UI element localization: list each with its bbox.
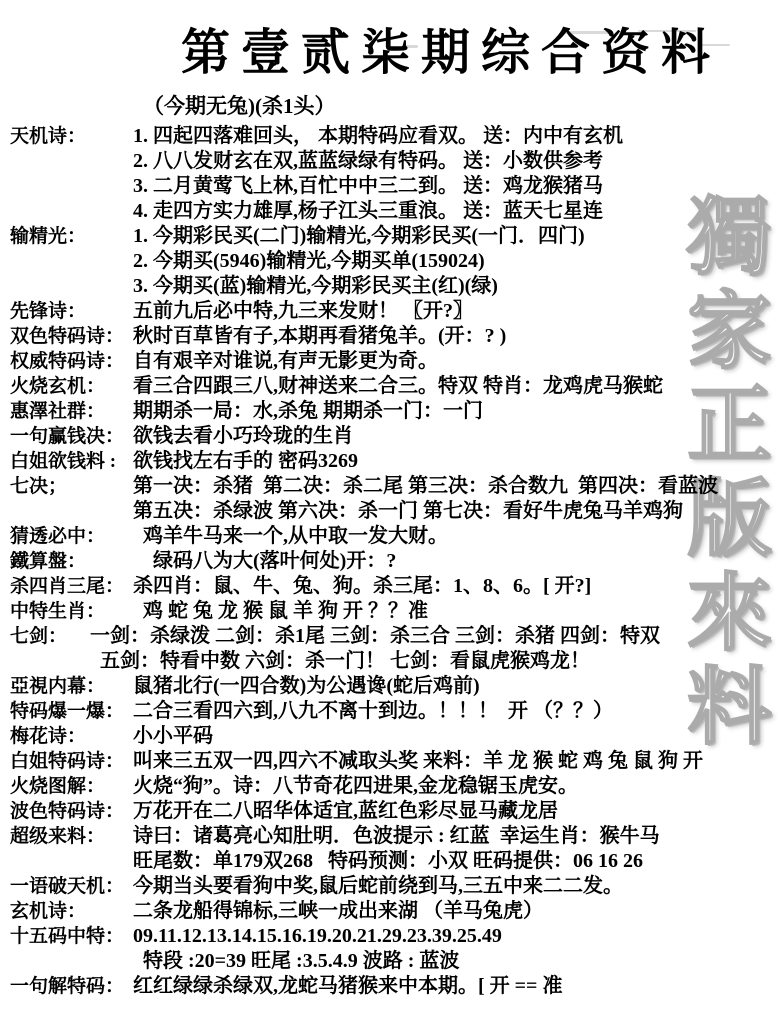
info-row-sha-sixiao-sanwei: 杀四肖三尾： 杀四肖：鼠、牛、兔、狗。杀三尾：1、8、6。[ 开?]	[0, 574, 778, 599]
info-row-baijie-yuqianliao: 白姐欲钱料 : 欲钱找左右手的 密码3269	[0, 449, 778, 474]
info-row-xianfengshi: 先锋诗： 五前九后必中特,九三来发财！ 〖开?〗	[0, 299, 778, 324]
info-row-huoshao-xuanji: 火烧玄机： 看三合四跟三八,财神送来二合三。特双 特肖：龙鸡虎马猴蛇	[0, 374, 778, 399]
info-row-baijie-temashi: 白姐特码诗： 叫来三五双一四,四六不减取头奖 来料：羊 龙 猴 蛇 鸡 兔 鼠 …	[0, 749, 778, 774]
info-row-yiju-jietema: 一句解特码： 红红绿绿杀绿双,龙蛇马猪猴来中本期。[ 开 == 准	[0, 974, 778, 999]
row-line: 鸡 蛇 兔 龙 猴 鼠 羊 狗 开 ？？准	[133, 599, 778, 624]
row-content: 秋时百草皆有子,本期再看猪兔羊。(开：? )	[133, 324, 778, 349]
row-line: 3. 今期买(蓝)输精光,今期彩民买主(红)(绿)	[133, 274, 778, 299]
row-content: 欲钱找左右手的 密码3269	[133, 449, 778, 474]
row-label: 亞視内幕：	[0, 674, 133, 699]
row-line: 自有艰辛对谁说,有声无影更为奇。	[133, 349, 778, 374]
row-label: 先锋诗：	[0, 299, 133, 324]
info-row-quanwei-temashi: 权威特码诗： 自有艰辛对谁说,有声无影更为奇。	[0, 349, 778, 374]
row-label: 杀四肖三尾：	[0, 574, 133, 599]
row-line: 看三合四跟三八,财神送来二合三。特双 特肖：龙鸡虎马猴蛇	[133, 374, 778, 399]
row-label: 天机诗：	[0, 124, 133, 149]
row-line: 二条龙船得锦标,三峡一成出来湖 （羊马兔虎）	[133, 899, 778, 924]
row-label: 七剑：	[0, 624, 90, 649]
row-label: 特码爆一爆：	[0, 699, 133, 724]
document-page: 獨家正版來料 第壹贰柒期综合资料 （今期无兔)(杀1头） 天机诗： 1. 四起四…	[0, 0, 778, 1024]
row-content: 欲钱去看小巧玲珑的生肖	[133, 424, 778, 449]
row-label: 中特生肖：	[0, 599, 133, 624]
row-content: 一剑：杀绿泼 二剑：杀1尾 三剑：杀三合 三剑：杀猪 四剑：特双 五剑：特看中数…	[90, 624, 778, 674]
row-label: 白姐欲钱料 :	[0, 449, 133, 474]
row-content: 鼠猪北行(一四合数)为公遇谗(蛇后鸡前)	[133, 674, 778, 699]
row-content: 红红绿绿杀绿双,龙蛇马猪猴来中本期。[ 开 == 准	[133, 974, 778, 999]
row-line: 1. 四起四落难回头， 本期特码应看双。 送：内中有玄机	[133, 124, 778, 149]
row-label: 白姐特码诗：	[0, 749, 133, 774]
info-row-qijian: 七剑： 一剑：杀绿泼 二剑：杀1尾 三剑：杀三合 三剑：杀猪 四剑：特双 五剑：…	[0, 624, 778, 674]
info-row-tema-baoyibao: 特码爆一爆： 二合三看四六到,八九不离十到边。！！！ 开 （？？）	[0, 699, 778, 724]
row-line: 杀四肖：鼠、牛、兔、狗。杀三尾：1、8、6。[ 开?]	[133, 574, 778, 599]
page-title: 第壹贰柒期综合资料	[181, 26, 778, 81]
row-label: 超级来料：	[0, 824, 133, 849]
row-label: 一语破天机：	[0, 874, 133, 899]
row-content: 绿码八为大(落叶何处)开：?	[133, 549, 778, 574]
row-content: 诗曰：诸葛亮心知肚明．色波提示 : 红蓝 幸运生肖：猴牛马 旺尾数：单179双2…	[133, 824, 778, 874]
info-row-shujingguang: 输精光： 1. 今期彩民买(二门)输精光,今期彩民买(一门．四门) 2. 今期买…	[0, 224, 778, 299]
row-line: 五前九后必中特,九三来发财！ 〖开?〗	[133, 299, 778, 324]
info-row-shuangse-temashi: 双色特码诗： 秋时百草皆有子,本期再看猪兔羊。(开：? )	[0, 324, 778, 349]
row-content: 1. 今期彩民买(二门)输精光,今期彩民买(一门．四门) 2. 今期买(5946…	[133, 224, 778, 299]
row-content: 杀四肖：鼠、牛、兔、狗。杀三尾：1、8、6。[ 开?]	[133, 574, 778, 599]
row-label: 火烧玄机：	[0, 374, 133, 399]
row-content: 看三合四跟三八,财神送来二合三。特双 特肖：龙鸡虎马猴蛇	[133, 374, 778, 399]
page-subtitle: （今期无兔)(杀1头）	[143, 90, 778, 120]
row-content: 火烧“狗”。诗：八节奇花四进果,金龙稳锯玉虎安。	[133, 774, 778, 799]
row-content: 1. 四起四落难回头， 本期特码应看双。 送：内中有玄机 2. 八八发财玄在双,…	[133, 124, 778, 224]
row-content: 万花开在二八昭华体适宜,蓝红色彩尽显马藏龙居	[133, 799, 778, 824]
row-content: 09.11.12.13.14.15.16.19.20.21.29.23.39.2…	[133, 924, 778, 974]
row-line: 小小平码	[133, 724, 778, 749]
row-line: 诗曰：诸葛亮心知肚明．色波提示 : 红蓝 幸运生肖：猴牛马	[133, 824, 778, 849]
info-row-huoshao-tujie: 火烧图解： 火烧“狗”。诗：八节奇花四进果,金龙稳锯玉虎安。	[0, 774, 778, 799]
info-row-yiyu-potianji: 一语破天机： 今期当头要看狗中奖,鼠后蛇前绕到马,三五中来二二发。	[0, 874, 778, 899]
row-label: 火烧图解：	[0, 774, 133, 799]
info-row-zhongte-shengxiao: 中特生肖： 鸡 蛇 兔 龙 猴 鼠 羊 狗 开 ？？准	[0, 599, 778, 624]
row-line: 欲钱找左右手的 密码3269	[133, 449, 778, 474]
row-content: 鸡羊牛马来一个,从中取一发大财。	[133, 524, 778, 549]
row-label: 七决；	[0, 474, 133, 499]
row-line: 期期杀一局：水,杀兔 期期杀一门：一门	[133, 399, 778, 424]
row-line: 第一决：杀猪 第二决：杀二尾 第三决：杀合数九 第四决：看蓝波	[133, 474, 778, 499]
info-row-yiju-yingqianjue: 一句赢钱决： 欲钱去看小巧玲珑的生肖	[0, 424, 778, 449]
row-line: 五剑：特看中数 六剑：杀一门！ 七剑：看鼠虎猴鸡龙！	[90, 649, 778, 674]
row-line: 2. 八八发财玄在双,蓝蓝绿绿有特码。 送：小数供参考	[133, 149, 778, 174]
info-row-tiesuanpan: 鐵算盤： 绿码八为大(落叶何处)开：?	[0, 549, 778, 574]
info-row-chaoji-lailiao: 超级来料： 诗曰：诸葛亮心知肚明．色波提示 : 红蓝 幸运生肖：猴牛马 旺尾数：…	[0, 824, 778, 874]
row-line: 2. 今期买(5946)输精光,今期买单(159024)	[133, 249, 778, 274]
row-line: 特段 :20=39 旺尾 :3.5.4.9 波路 : 蓝波	[133, 949, 778, 974]
row-content: 小小平码	[133, 724, 778, 749]
row-content: 二合三看四六到,八九不离十到边。！！！ 开 （？？）	[133, 699, 778, 724]
row-label: 梅花诗：	[0, 724, 133, 749]
row-line: 第五决：杀绿波 第六决：杀一门 第七决：看好牛虎兔马羊鸡狗	[133, 499, 778, 524]
row-line: 3. 二月黄莺飞上林,百忙中中三二到。 送：鸡龙猴猪马	[133, 174, 778, 199]
row-label: 猜透必中：	[0, 524, 133, 549]
row-label: 玄机诗：	[0, 899, 133, 924]
row-content: 二条龙船得锦标,三峡一成出来湖 （羊马兔虎）	[133, 899, 778, 924]
row-label: 惠澤社群：	[0, 399, 133, 424]
row-content: 叫来三五双一四,四六不减取头奖 来料：羊 龙 猴 蛇 鸡 兔 鼠 狗 开	[133, 749, 778, 774]
row-content: 鸡 蛇 兔 龙 猴 鼠 羊 狗 开 ？？准	[133, 599, 778, 624]
row-line: 一剑：杀绿泼 二剑：杀1尾 三剑：杀三合 三剑：杀猪 四剑：特双	[90, 624, 778, 649]
row-content: 五前九后必中特,九三来发财！ 〖开?〗	[133, 299, 778, 324]
row-label: 双色特码诗：	[0, 324, 133, 349]
row-line: 4. 走四方实力雄厚,杨子江头三重浪。 送：蓝天七星连	[133, 199, 778, 224]
row-content: 今期当头要看狗中奖,鼠后蛇前绕到马,三五中来二二发。	[133, 874, 778, 899]
row-label: 输精光：	[0, 224, 133, 249]
row-label: 一句解特码：	[0, 974, 133, 999]
row-line: 火烧“狗”。诗：八节奇花四进果,金龙稳锯玉虎安。	[133, 774, 778, 799]
info-row-bose-temashi: 波色特码诗： 万花开在二八昭华体适宜,蓝红色彩尽显马藏龙居	[0, 799, 778, 824]
row-line: 绿码八为大(落叶何处)开：?	[133, 549, 778, 574]
row-line: 欲钱去看小巧玲珑的生肖	[133, 424, 778, 449]
row-line: 09.11.12.13.14.15.16.19.20.21.29.23.39.2…	[133, 924, 778, 949]
row-line: 叫来三五双一四,四六不减取头奖 来料：羊 龙 猴 蛇 鸡 兔 鼠 狗 开	[133, 749, 778, 774]
row-line: 红红绿绿杀绿双,龙蛇马猪猴来中本期。[ 开 == 准	[133, 974, 778, 999]
info-row-huize-shequn: 惠澤社群： 期期杀一局：水,杀兔 期期杀一门：一门	[0, 399, 778, 424]
row-label: 波色特码诗：	[0, 799, 133, 824]
info-row-meihuashi: 梅花诗： 小小平码	[0, 724, 778, 749]
row-line: 二合三看四六到,八九不离十到边。！！！ 开 （？？）	[133, 699, 778, 724]
info-row-xuanjishi: 玄机诗： 二条龙船得锦标,三峡一成出来湖 （羊马兔虎）	[0, 899, 778, 924]
row-content: 自有艰辛对谁说,有声无影更为奇。	[133, 349, 778, 374]
info-row-caitou-bizhong: 猜透必中： 鸡羊牛马来一个,从中取一发大财。	[0, 524, 778, 549]
row-content: 期期杀一局：水,杀兔 期期杀一门：一门	[133, 399, 778, 424]
row-line: 旺尾数：单179双268 特码预测：小双 旺码提供：06 16 26	[133, 849, 778, 874]
row-label: 一句赢钱决：	[0, 424, 133, 449]
row-label: 权威特码诗：	[0, 349, 133, 374]
info-row-qijue: 七决； 第一决：杀猪 第二决：杀二尾 第三决：杀合数九 第四决：看蓝波 第五决：…	[0, 474, 778, 524]
row-content: 第一决：杀猪 第二决：杀二尾 第三决：杀合数九 第四决：看蓝波 第五决：杀绿波 …	[133, 474, 778, 524]
info-row-shiwuma-zhongte: 十五码中特： 09.11.12.13.14.15.16.19.20.21.29.…	[0, 924, 778, 974]
row-line: 鼠猪北行(一四合数)为公遇谗(蛇后鸡前)	[133, 674, 778, 699]
row-line: 秋时百草皆有子,本期再看猪兔羊。(开：? )	[133, 324, 778, 349]
row-label: 十五码中特：	[0, 924, 133, 949]
row-line: 鸡羊牛马来一个,从中取一发大财。	[133, 524, 778, 549]
info-row-yashi-neimu: 亞視内幕： 鼠猪北行(一四合数)为公遇谗(蛇后鸡前)	[0, 674, 778, 699]
info-row-tianjishi: 天机诗： 1. 四起四落难回头， 本期特码应看双。 送：内中有玄机 2. 八八发…	[0, 124, 778, 224]
row-label: 鐵算盤：	[0, 549, 133, 574]
row-line: 1. 今期彩民买(二门)输精光,今期彩民买(一门．四门)	[133, 224, 778, 249]
info-rows: 天机诗： 1. 四起四落难回头， 本期特码应看双。 送：内中有玄机 2. 八八发…	[0, 124, 778, 999]
row-line: 今期当头要看狗中奖,鼠后蛇前绕到马,三五中来二二发。	[133, 874, 778, 899]
row-line: 万花开在二八昭华体适宜,蓝红色彩尽显马藏龙居	[133, 799, 778, 824]
